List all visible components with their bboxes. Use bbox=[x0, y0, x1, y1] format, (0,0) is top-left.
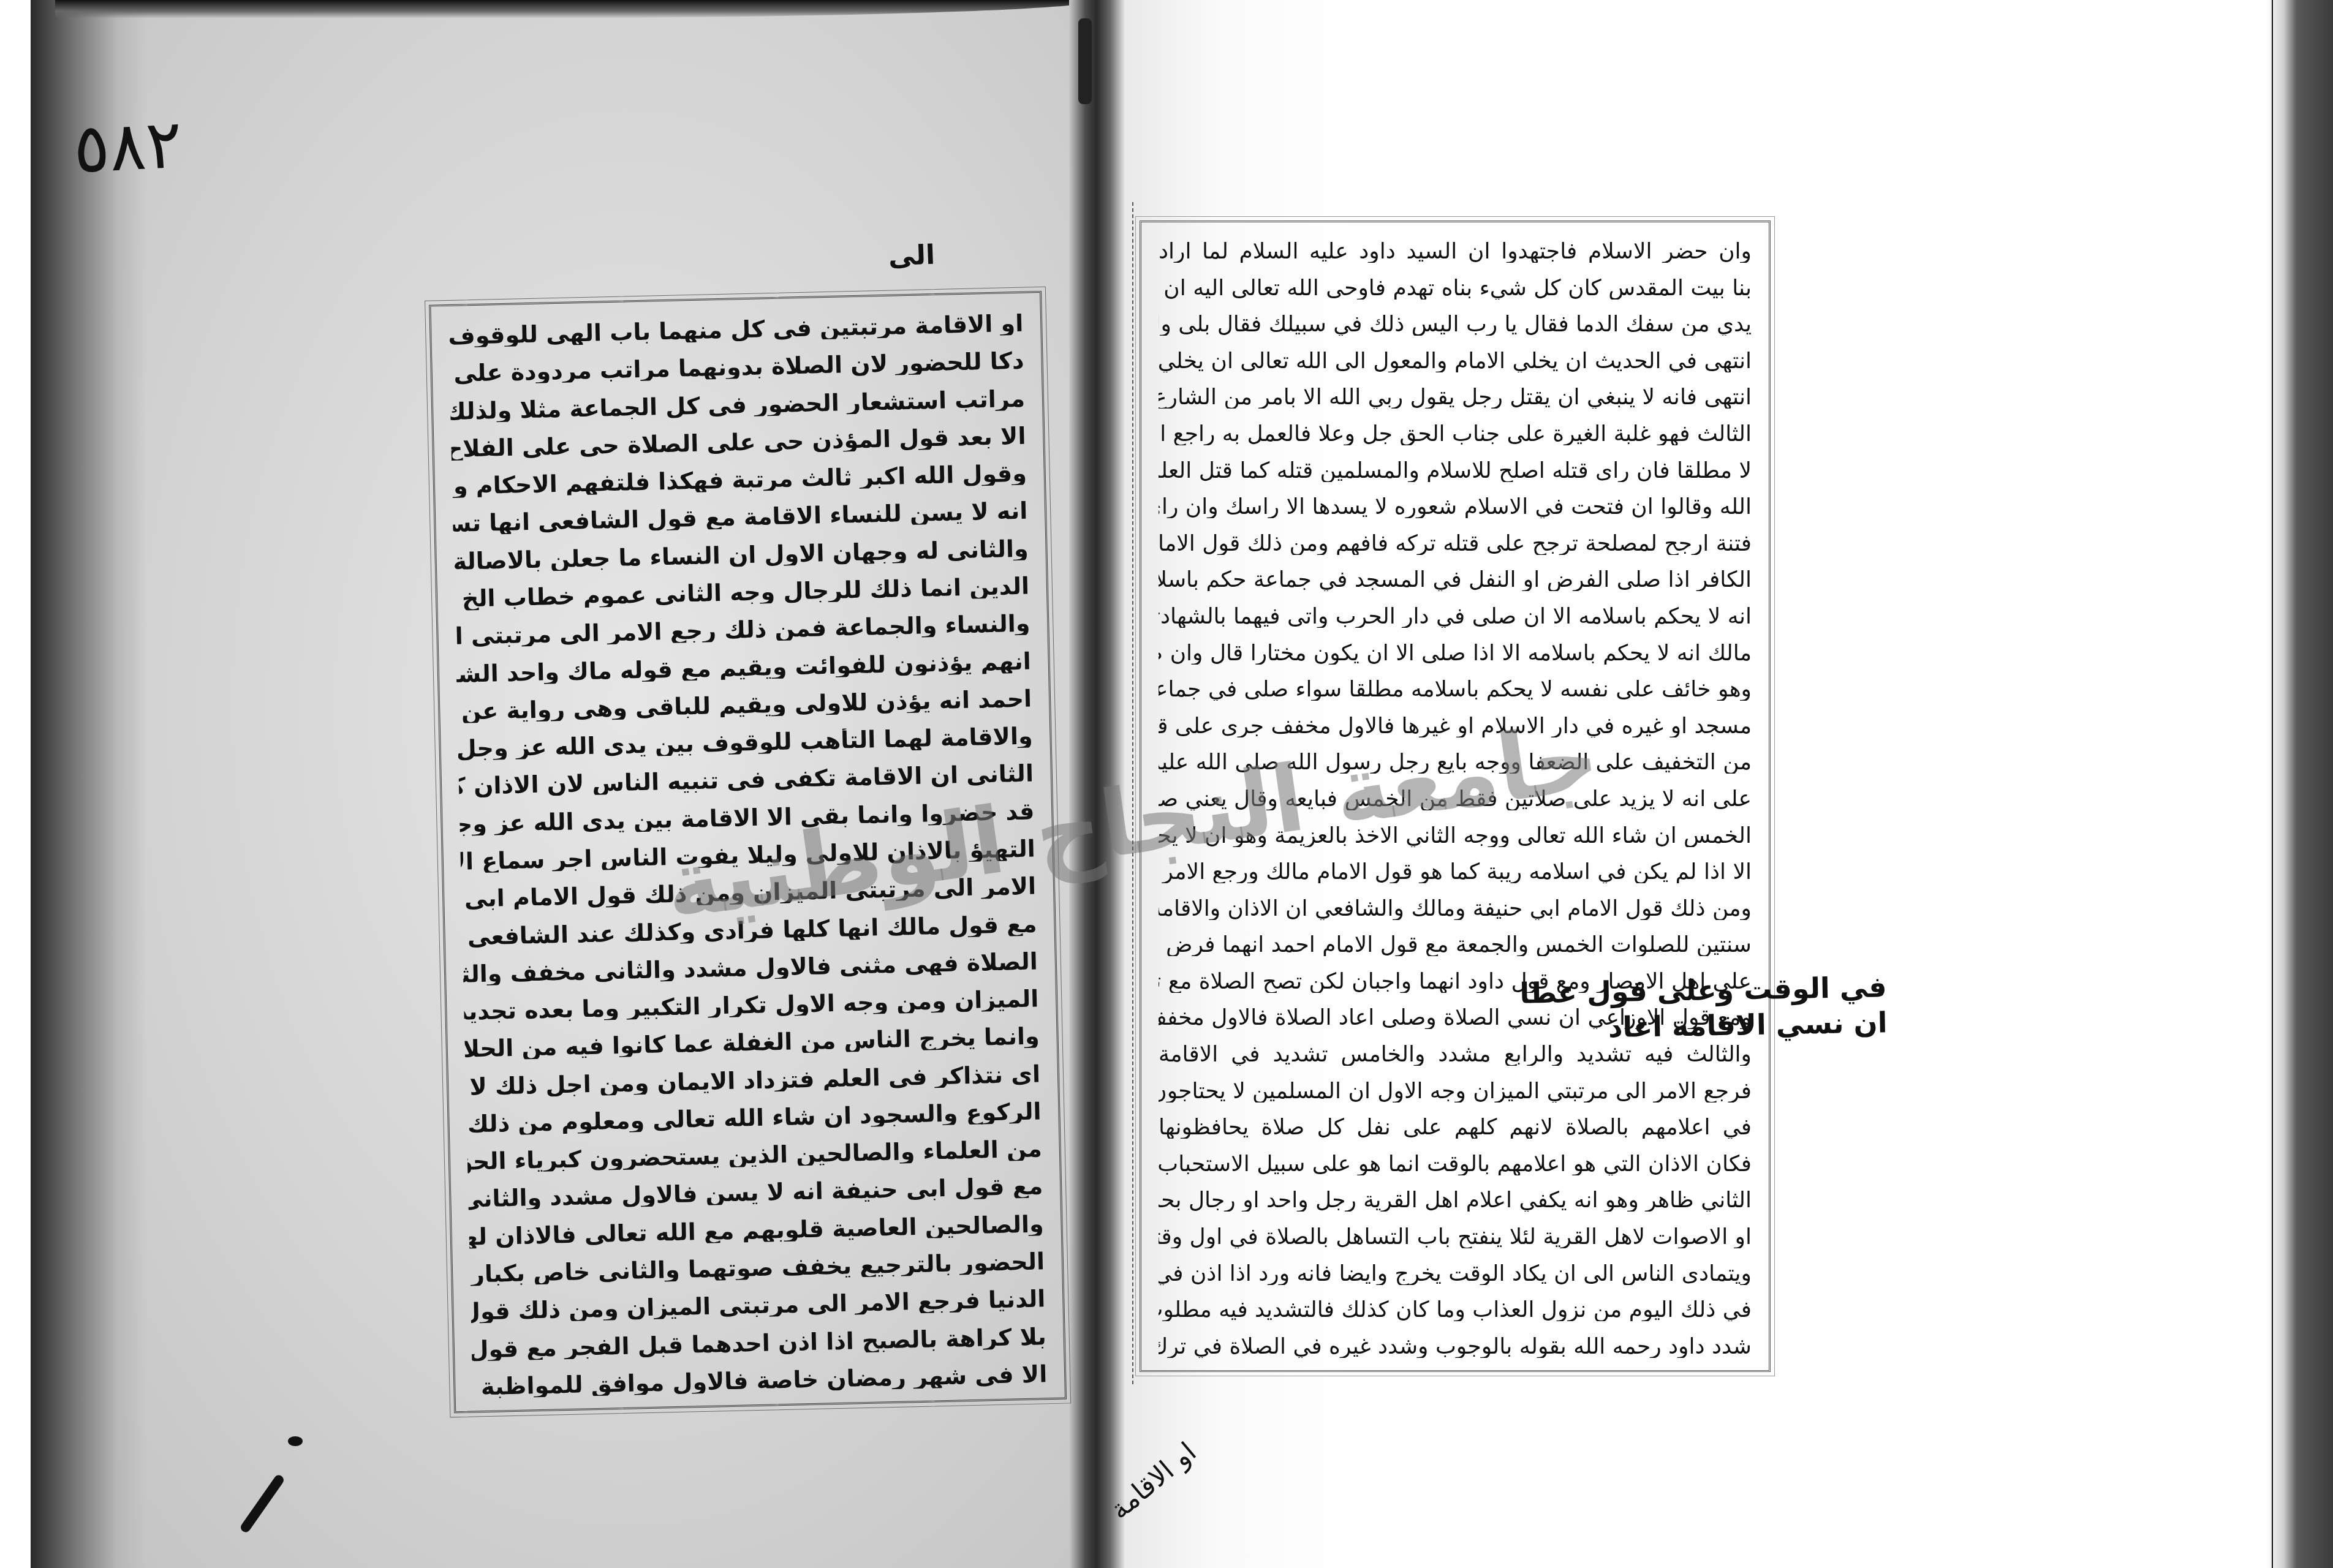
text-line: الا اذا لم يكن في اسلامه ريبة كما هو قول… bbox=[1159, 861, 1752, 883]
manuscript-scan: ٥٨٢ الى او الاقامة مرتبتين في كل منهما ب… bbox=[0, 0, 2333, 1568]
ink-blot bbox=[288, 1436, 303, 1446]
text-line: مع قول ابي حنيفة انه لا يسن فالاول مشدد … bbox=[468, 1175, 1043, 1211]
text-line: الصلاة فهي مثنى فالاول مشدد والثاني مخفف… bbox=[463, 949, 1038, 986]
text-line: وانما يخرج الناس من الغفلة عما كانوا فيه… bbox=[464, 1025, 1040, 1061]
right-page-text-block: وان حضر الاسلام فاجتهدوا ان السيد داود ع… bbox=[1159, 241, 1752, 1358]
text-line: في اعلامهم بالصلاة لانهم كلهم على نفل كل… bbox=[1159, 1117, 1752, 1139]
text-line: بنا بيت المقدس كان كل شيء بناه تهدم فاوح… bbox=[1159, 277, 1752, 300]
text-line: انه لا يحكم باسلامه الا ان صلى في دار ال… bbox=[1159, 606, 1752, 628]
text-line: والاقامة لهما التأهب للوقوف بين يدي الله… bbox=[458, 725, 1033, 761]
text-line: وان حضر الاسلام فاجتهدوا ان السيد داود ع… bbox=[1159, 241, 1752, 263]
text-line: او الاقامة مرتبتين في كل منهما باب الهي … bbox=[448, 312, 1024, 348]
text-line: الثاني ظاهر وهو انه يكفي اعلام اهل القري… bbox=[1159, 1189, 1752, 1212]
text-line: شدد داود رحمه الله بقوله بالوجوب وشدد غي… bbox=[1159, 1336, 1752, 1358]
text-line: على انه لا يزيد على صلاتين فقط من الخمس … bbox=[1159, 788, 1752, 810]
text-line: مع قول مالك انها كلها فرادى وكذلك عند ال… bbox=[462, 912, 1037, 948]
right-page-text-frame: وان حضر الاسلام فاجتهدوا ان السيد داود ع… bbox=[1140, 221, 1771, 1372]
text-line: دكا للحضور لان الصلاة بدونهما مراتب مردو… bbox=[449, 349, 1024, 385]
text-line: مراتب استشعار الحضور في كل الجماعة مثلا … bbox=[450, 386, 1026, 423]
text-line: ويتمادى الناس الى ان يكاد الوقت يخرج واي… bbox=[1159, 1263, 1752, 1285]
text-line: الامر الى مرتبتي الميزان ومن ذلك قول الا… bbox=[461, 875, 1037, 911]
text-line: انتهى في الحديث ان يخلي الامام والمعول ا… bbox=[1159, 350, 1752, 372]
right-page-fold-line bbox=[1132, 202, 1133, 1384]
text-line: قد حضروا وانما بقي الا الاقامة بين يدي ا… bbox=[459, 799, 1035, 835]
text-line: والثالث فيه تشديد والرابع مشدد والخامس ت… bbox=[1159, 1044, 1752, 1066]
text-line: او الاصوات لاهل القرية لئلا ينفتح باب ال… bbox=[1159, 1226, 1752, 1248]
right-page-edge bbox=[2267, 0, 2333, 1568]
margin-note-line: ان نسي الاقامة اعاد bbox=[1764, 1005, 1888, 1042]
text-line: لا مطلقا فان راى قتله اصلح للاسلام والمس… bbox=[1159, 460, 1752, 482]
text-line: الدين انما ذلك للرجال وجه الثاني عموم خط… bbox=[455, 575, 1030, 611]
text-line: والنساء والجماعة فمن ذلك رجع الامر الى م… bbox=[455, 612, 1030, 648]
text-line: احمد انه يؤذن للاولى ويقيم للباقي وهي رو… bbox=[457, 687, 1032, 723]
text-line: الكافر اذا صلى الفرض او النفل في المسجد … bbox=[1159, 569, 1752, 591]
left-page-heading-mark: الى bbox=[888, 239, 936, 273]
text-line: سنتين للصلوات الخمس والجمعة مع قول الاما… bbox=[1159, 934, 1752, 956]
text-line: في ذلك اليوم من نزول العذاب وما كان كذلك… bbox=[1159, 1299, 1752, 1321]
text-line: وهو خائف على نفسه لا يحكم باسلامه مطلقا … bbox=[1159, 679, 1752, 701]
text-line: الثاني ان الاقامة تكفي في تنبيه الناس لا… bbox=[459, 762, 1034, 798]
left-page-text-frame: او الاقامة مرتبتين في كل منهما باب الهي … bbox=[429, 291, 1067, 1413]
text-line: التهيؤ بالاذان للاولى وليلا يفوت الناس ا… bbox=[460, 837, 1035, 873]
text-line: الله وقالوا ان فتحت في الاسلام شعوره لا … bbox=[1159, 496, 1752, 518]
text-line: الا بعد قول المؤذن حي على الصلاة حي على … bbox=[451, 424, 1026, 460]
text-line: مالك انه لا يحكم باسلامه الا اذا صلى الا… bbox=[1159, 643, 1752, 665]
text-line: يدي من سفك الدما فقال يا رب اليس ذلك في … bbox=[1159, 314, 1752, 336]
text-line: انتهى فانه لا ينبغي ان يقتل رجل يقول ربي… bbox=[1159, 386, 1752, 409]
text-line: الا في شهر رمضان خاصة فالاول موافق للموا… bbox=[472, 1362, 1048, 1398]
text-line: من التخفيف على الضعفا ووجه بايع رجل رسول… bbox=[1159, 752, 1752, 774]
text-line: ومن ذلك قول الامام ابي حنيفة ومالك والشا… bbox=[1159, 898, 1752, 920]
text-line: والثاني له وجهان الاول ان النساء ما جعلن… bbox=[453, 537, 1029, 573]
margin-note-line: في الوقت وعلى قول عطا bbox=[1764, 970, 1887, 1007]
text-line: الخمس ان شاء الله تعالى ووجه الثاني الاخ… bbox=[1159, 825, 1752, 847]
text-line: مسجد او غيره في دار الاسلام او غيرها فال… bbox=[1159, 715, 1752, 737]
text-line: وقول الله اكبر ثالث مرتبة فهكذا فلتفهم ا… bbox=[452, 462, 1027, 498]
book-gutter bbox=[1069, 0, 1124, 1568]
folio-number: ٥٨٢ bbox=[72, 104, 184, 188]
text-line: الركوع والسجود ان شاء الله تعالى ومعلوم … bbox=[466, 1099, 1042, 1136]
left-page-text-block: او الاقامة مرتبتين في كل منهما باب الهي … bbox=[448, 312, 1048, 1399]
text-line: بلا كراهة بالصبح اذا اذن احدهما قبل الفج… bbox=[472, 1325, 1047, 1361]
text-line: من العلماء والصالحين الذين يستحضرون كبري… bbox=[467, 1137, 1043, 1174]
text-line: الثالث فهو غلبة الغيرة على جناب الحق جل … bbox=[1159, 423, 1752, 445]
text-line: الحضور بالترجيع يخفف صوتهما والثاني خاص … bbox=[470, 1249, 1045, 1286]
text-line: الميزان ومن وجه الاول تكرار التكبير وما … bbox=[464, 987, 1039, 1023]
text-line: انهم يؤذنون للفوائت ويقيم مع قوله ماك وا… bbox=[456, 649, 1032, 685]
gutter-ink-mark bbox=[1078, 18, 1092, 104]
text-line: الدنيا فرجع الامر الى مرتبتي الميزان ومن… bbox=[471, 1287, 1046, 1324]
margin-note: في الوقت وعلى قول عطا ان نسي الاقامة اعا… bbox=[1764, 970, 1888, 1042]
text-line: فرجع الامر الى مرتبتي الميزان وجه الاول … bbox=[1159, 1080, 1752, 1102]
text-line: فتنة ارجح لمصلحة ترجح على قتله تركه فافه… bbox=[1159, 533, 1752, 555]
text-line: انه لا يسن للنساء الاقامة مع قول الشافعي… bbox=[453, 499, 1028, 535]
text-line: اي نتذاكر في العلم فتزداد الايمان ومن اج… bbox=[466, 1062, 1041, 1098]
text-line: فكان الاذان التي هو اعلامهم بالوقت انما … bbox=[1159, 1153, 1752, 1175]
text-line: والصالحين العاصية قلوبهم مع الله تعالى ف… bbox=[469, 1212, 1044, 1248]
